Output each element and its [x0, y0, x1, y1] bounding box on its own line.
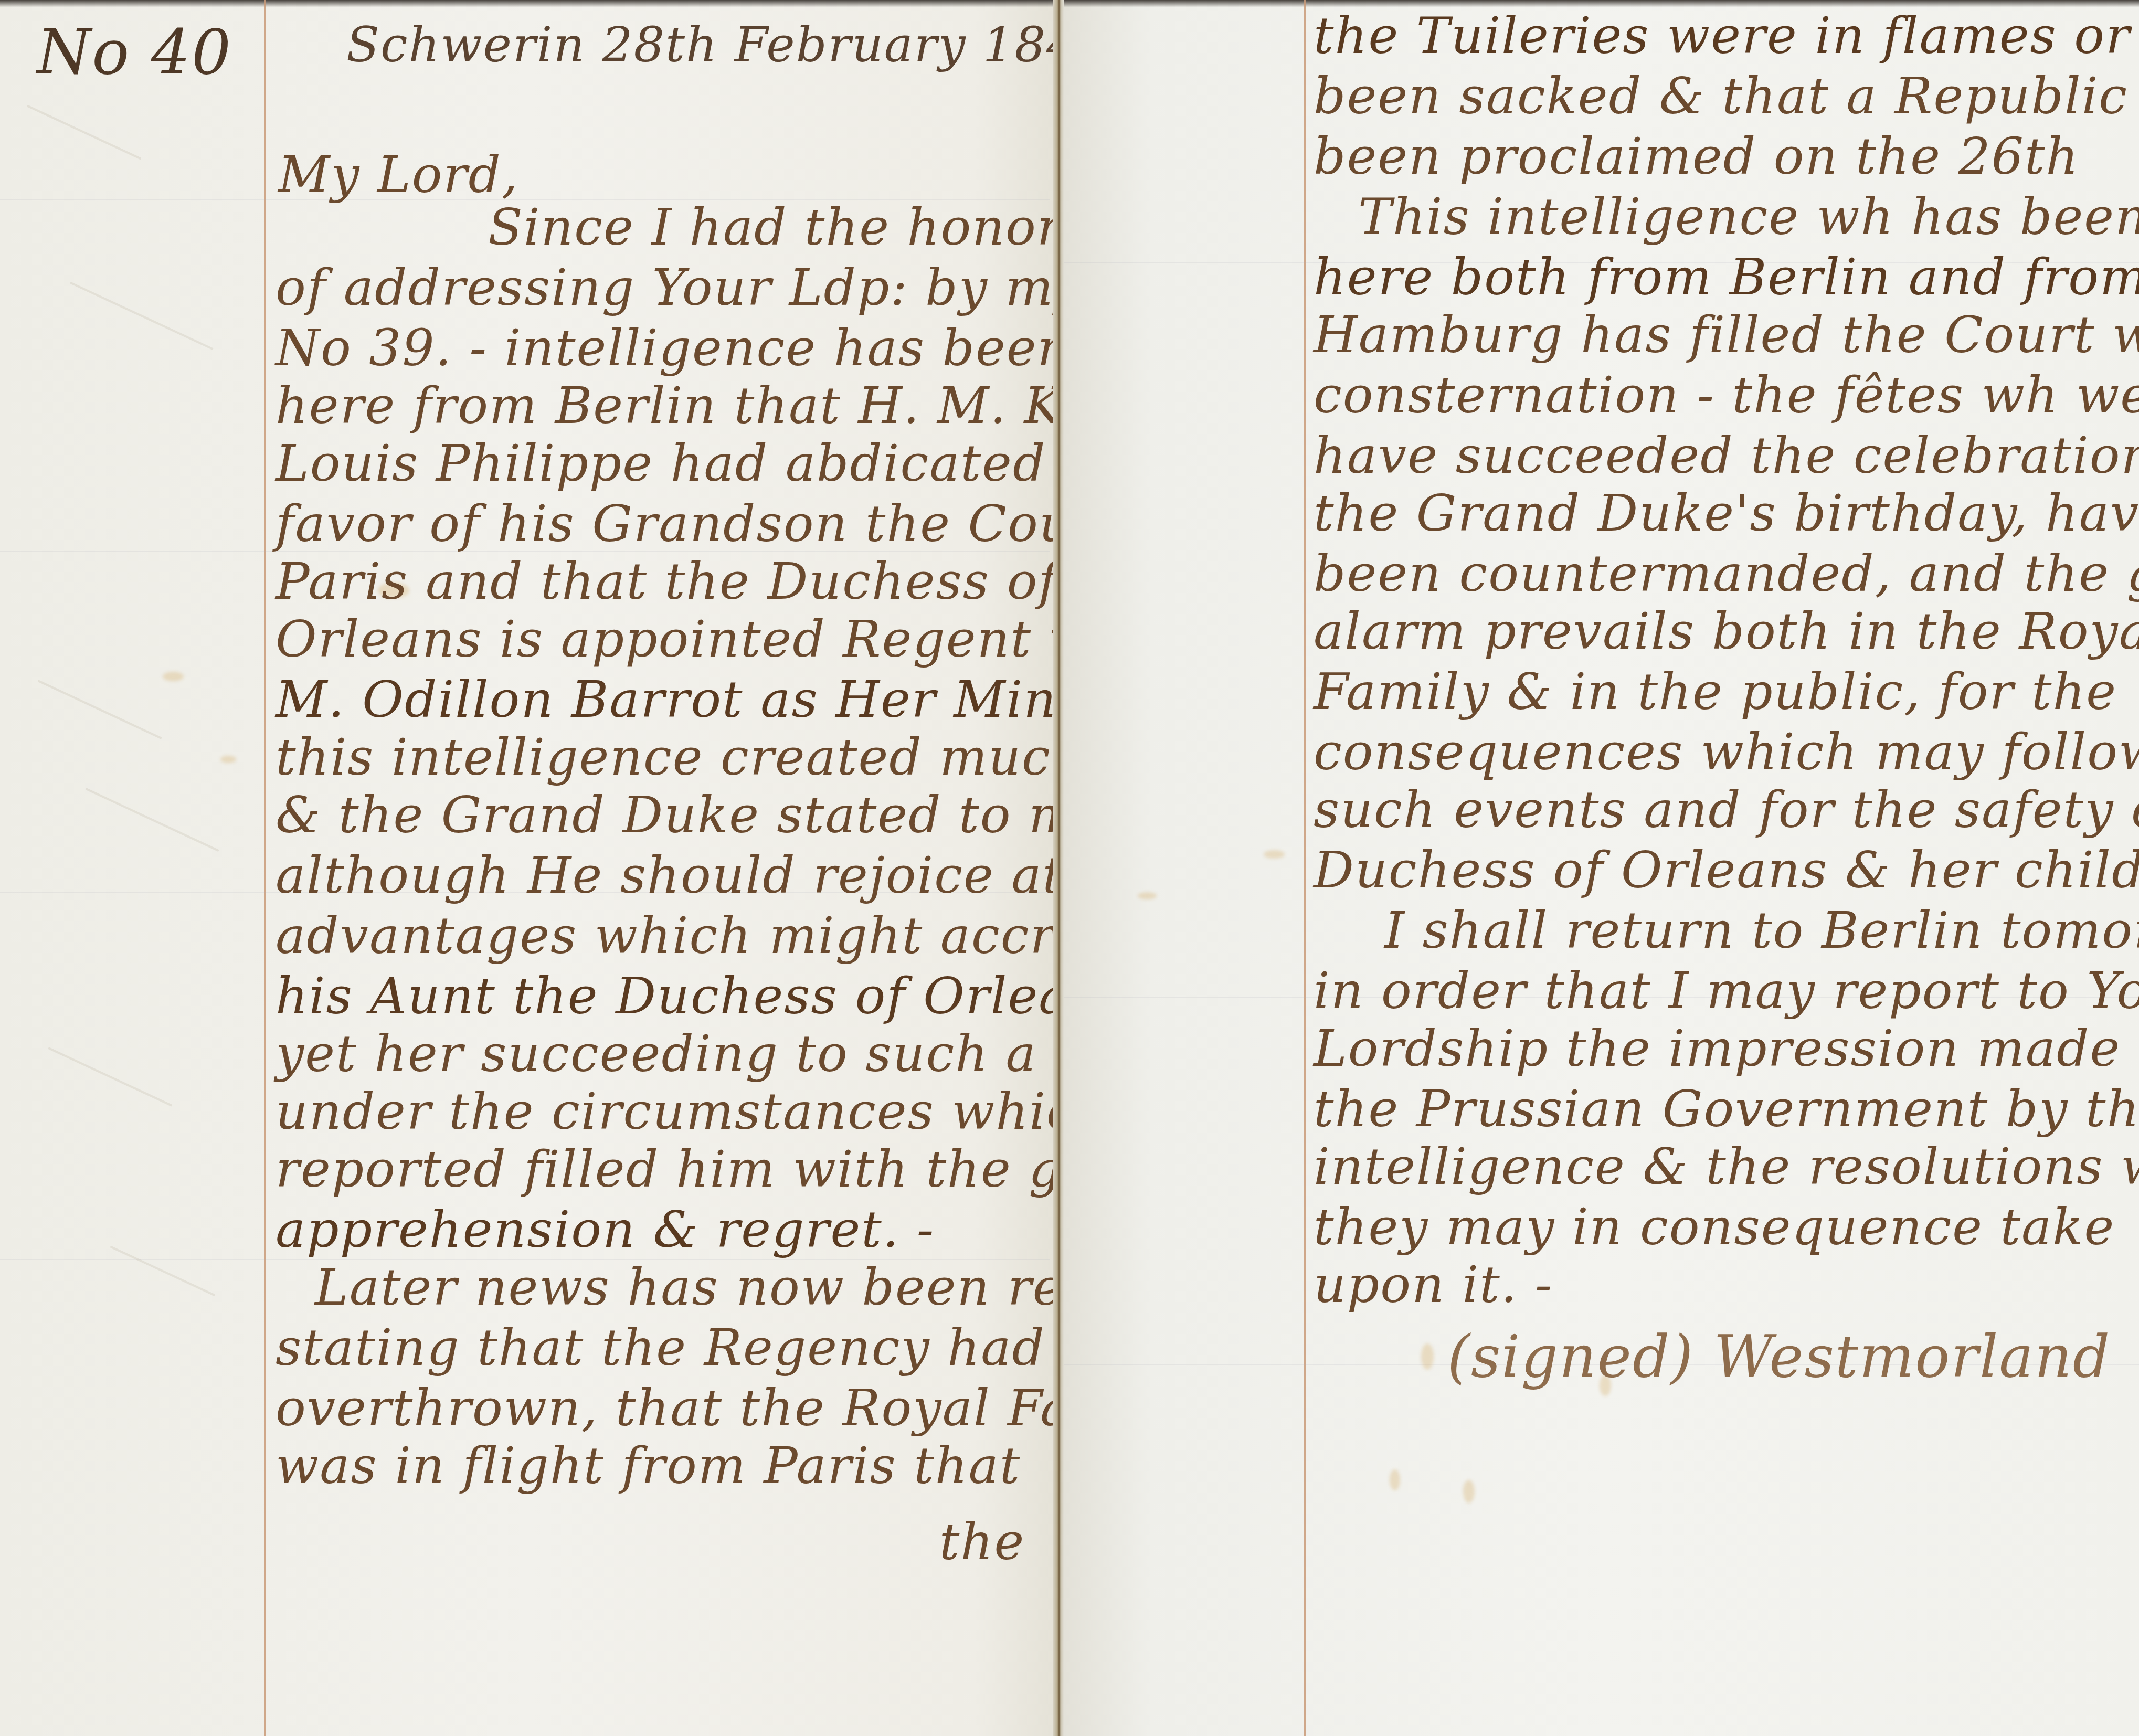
text-line: yet her succeeding to such a dignity: [276, 1029, 1060, 1079]
text-line: stating that the Regency had been: [276, 1322, 1060, 1373]
text-line: Orleans is appointed Regent with: [276, 614, 1060, 664]
text-line: & the Grand Duke stated to me that: [276, 790, 1060, 840]
text-line: alarm prevails both in the Royal: [1314, 606, 2139, 657]
foxing-stain: [1264, 850, 1285, 859]
top-edge-shadow: [0, 0, 1060, 7]
text-line: they may in consequence take: [1314, 1202, 2115, 1252]
text-line: upon it. -: [1314, 1259, 1553, 1310]
text-line: Duchess of Orleans & her child.: [1314, 845, 2139, 895]
bleed-through-mark: [48, 1047, 172, 1107]
text-line: such events and for the safety of the: [1314, 785, 2139, 835]
foxing-stain: [1421, 1343, 1434, 1370]
text-line: Paris and that the Duchess of: [276, 556, 1058, 607]
text-line: Family & in the public, for the: [1314, 666, 2117, 717]
text-line: been sacked & that a Republic had: [1314, 71, 2139, 121]
text-line: intelligence & the resolutions which: [1314, 1141, 2139, 1192]
text-line: here from Berlin that H. M. King: [276, 380, 1060, 431]
folio-number: No 40: [37, 21, 232, 83]
text-line: reported filled him with the greatest: [276, 1144, 1060, 1194]
left-page: No 40 Schwerin 28th February 1848 My Lor…: [0, 0, 1060, 1736]
text-line: in order that I may report to Your: [1314, 966, 2139, 1016]
manuscript-spread: No 40 Schwerin 28th February 1848 My Lor…: [0, 0, 2139, 1736]
text-line: here both from Berlin and from: [1314, 252, 2139, 302]
text-line: been proclaimed on the 26th: [1314, 131, 2079, 182]
text-line: was in flight from Paris that: [276, 1441, 1021, 1491]
text-line: Louis Philippe had abdicated in: [276, 438, 1060, 489]
catchword: the: [939, 1517, 1025, 1567]
bleed-through-mark: [70, 282, 214, 350]
text-line: Since I had the honor: [488, 202, 1060, 252]
text-line: the Grand Duke's birthday, have: [1314, 488, 2139, 538]
foxing-stain: [1463, 1480, 1475, 1503]
text-line: This intelligence wh has been sent: [1358, 192, 2139, 242]
text-line: his Aunt the Duchess of Orleans,: [276, 971, 1060, 1021]
text-line: No 39. - intelligence has been recd: [276, 323, 1060, 373]
bleed-through-mark: [110, 1246, 215, 1297]
text-line: consequences which may follow: [1314, 727, 2139, 777]
right-page-margin-rule: [1304, 0, 1306, 1736]
text-line: the Tuileries were in flames or had: [1314, 10, 2139, 61]
left-margin-rule: [264, 0, 266, 1736]
text-line: the Prussian Government by this: [1314, 1084, 2139, 1134]
foxing-stain: [220, 756, 236, 763]
text-line: of addressing Your Ldp: by my desp: [276, 262, 1060, 313]
text-line: although He should rejoice at any: [276, 850, 1060, 901]
text-line: advantages which might accrue to: [276, 911, 1060, 961]
right-page: the Tuileries were in flames or had been…: [1064, 0, 2139, 1736]
text-line: under the circumstances which were: [276, 1086, 1060, 1137]
salutation: My Lord,: [278, 150, 518, 200]
foxing-stain: [163, 672, 184, 681]
foxing-stain: [1390, 1469, 1400, 1490]
text-line: Lordship the impression made upon: [1314, 1023, 2139, 1074]
signature: (signed) Westmorland: [1447, 1328, 2111, 1385]
text-line: Hamburg has filled the Court with: [1314, 310, 2139, 360]
bleed-through-mark: [85, 788, 219, 852]
bleed-through-mark: [37, 680, 162, 739]
text-line: this intelligence created much alarm: [276, 732, 1060, 782]
text-line: overthrown, that the Royal Family: [276, 1383, 1060, 1433]
text-line: M. Odillon Barrot as Her Minister: [276, 674, 1060, 725]
text-line: Later news has now been received: [315, 1262, 1060, 1312]
text-line: consternation - the fêtes wh were to: [1314, 370, 2139, 420]
text-line: I shall return to Berlin tomorrow: [1384, 905, 2139, 956]
text-line: apprehension & regret. -: [276, 1204, 935, 1255]
text-line: favor of his Grandson the Count of: [276, 499, 1060, 549]
book-gutter: [1053, 0, 1064, 1736]
bleed-through-mark: [26, 104, 141, 160]
text-line: been countermanded, and the greatest: [1314, 548, 2139, 599]
foxing-stain: [1138, 892, 1157, 899]
letter-heading-date: Schwerin 28th February 1848: [346, 21, 1060, 69]
text-line: have succeeded the celebration of: [1314, 430, 2139, 481]
